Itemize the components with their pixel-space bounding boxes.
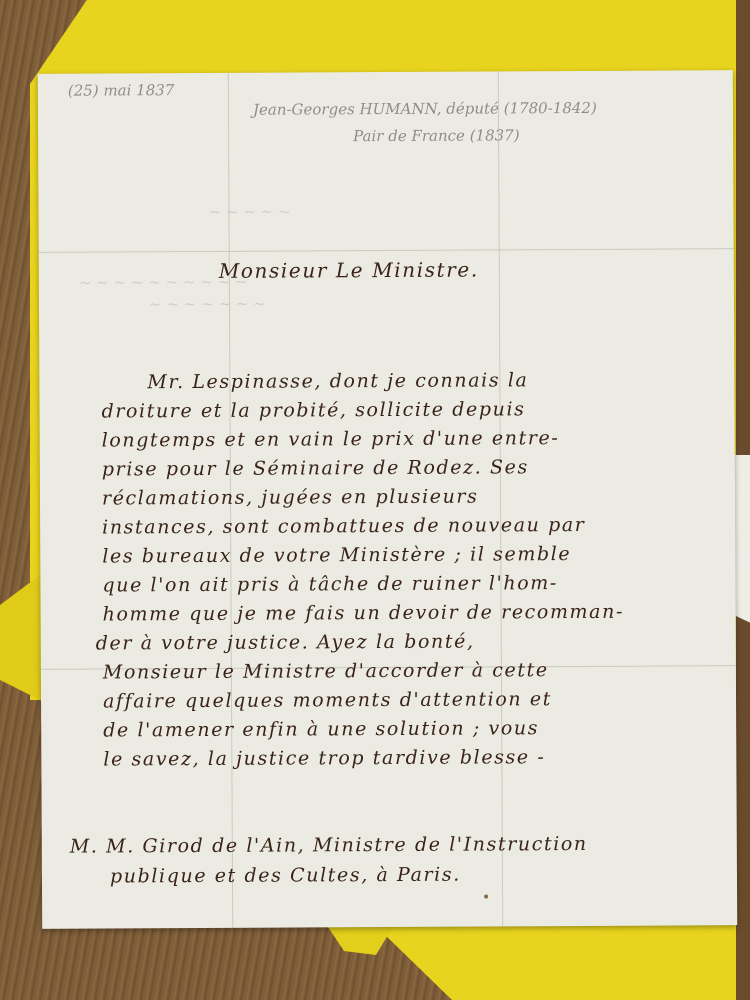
pencil-date: (25) mai 1837 [68,81,175,100]
pencil-author-line-2: Pair de France (1837) [353,126,520,145]
body-line: Monsieur le Ministre d'accorder à cette [103,659,549,683]
body-line: les bureaux de votre Ministère ; il semb… [102,543,571,567]
body-line: homme que je me fais un devoir de recomm… [103,601,624,626]
body-line: affaire quelques moments d'attention et [103,688,552,712]
body-line: de l'amener enfin à une solution ; vous [103,717,539,741]
address-line: M. M. Girod de l'Ain, Ministre de l'Inst… [70,833,588,858]
body-line: der à votre justice. Ayez la bonté, [96,631,475,655]
address-line: publique et des Cultes, à Paris. [110,864,461,888]
pencil-author-line-1: Jean-Georges HUMANN, député (1780-1842) [253,99,597,119]
body-line: longtemps et en vain le prix d'une entre… [102,427,560,451]
body-line: droiture et la probité, sollicite depuis [101,398,525,422]
bleed-through-text: ~ ~ ~ ~ ~ ~ ~ [149,295,266,314]
body-line: Mr. Lespinasse, dont je connais la [147,369,528,393]
body-line: le savez, la justice trop tardive blesse… [103,746,545,770]
body-line: réclamations, jugées en plusieurs [102,486,479,510]
ink-spot [484,894,488,898]
fold-line [498,71,503,926]
body-line: instances, sont combattues de nouveau pa… [102,514,585,539]
salutation: Monsieur Le Ministre. [219,258,479,283]
fold-line [39,248,734,253]
bleed-through-text: ~ ~ ~ ~ ~ [208,203,290,221]
body-line: que l'on ait pris à tâche de ruiner l'ho… [102,572,558,596]
letter-sheet: (25) mai 1837 Jean-Georges HUMANN, déput… [38,70,737,929]
body-line: prise pour le Séminaire de Rodez. Ses [102,456,529,480]
